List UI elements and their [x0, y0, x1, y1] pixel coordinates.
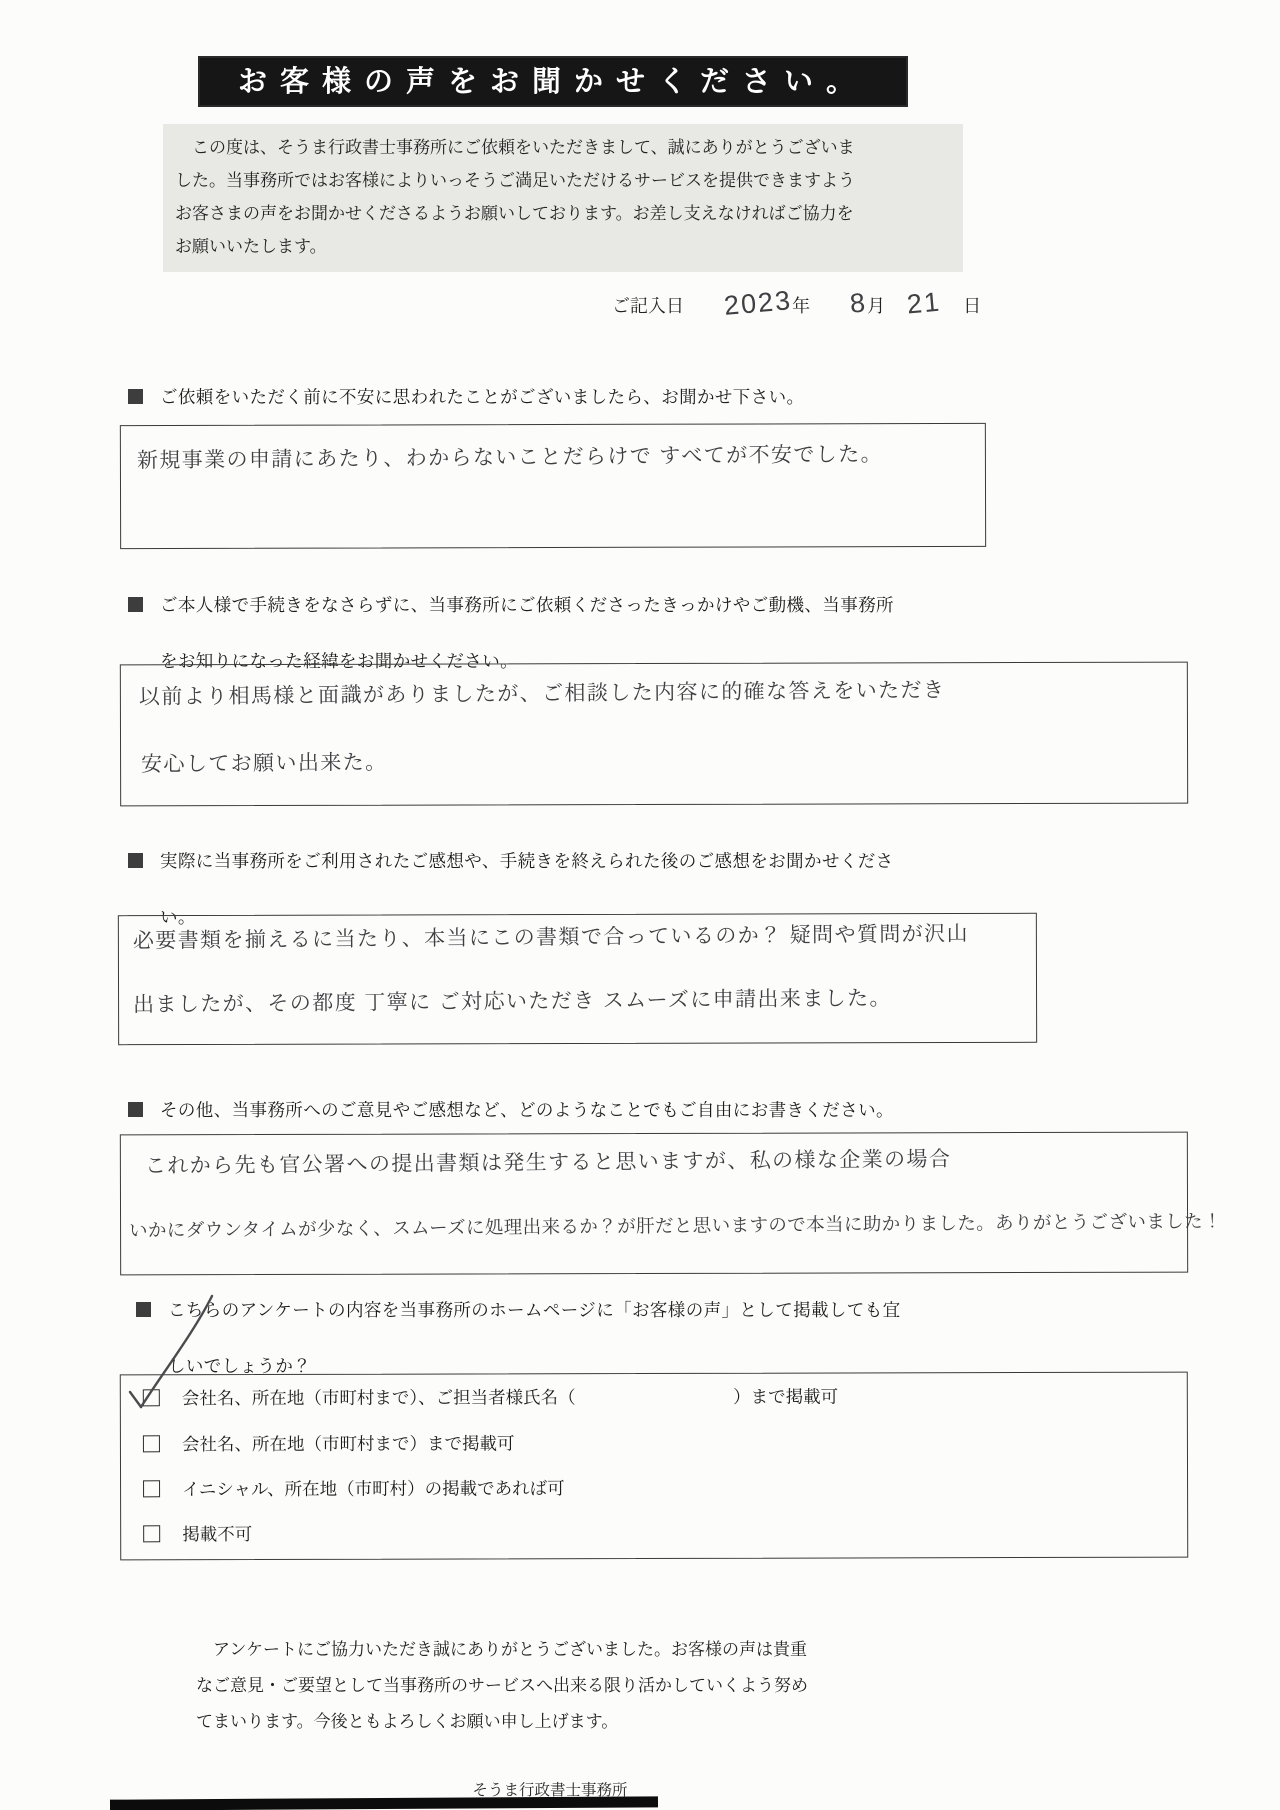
intro-line: この度は、そうま行政書士事務所にご依頼をいただきまして、誠にありがとうございま: [175, 131, 953, 164]
publish-option-label: 掲載不可: [182, 1521, 252, 1546]
answer-box-1[interactable]: 新規事業の申請にあたり、わからないことだらけで すべてが不安でした。: [120, 423, 986, 549]
entry-date-year-value: 2023: [723, 285, 794, 322]
intro-line: お願いいたします。: [175, 230, 953, 263]
handwritten-answer-3-line1: 必要書類を揃えるに当たり、本当にこの書類で合っているのか？ 疑問や質問が沢山: [133, 917, 969, 954]
answer-box-4[interactable]: これから先も官公署への提出書類は発生すると思いますが、私の様な企業の場合 いかに…: [120, 1132, 1188, 1276]
answer-box-3[interactable]: 必要書類を揃えるに当たり、本当にこの書類で合っているのか？ 疑問や質問が沢山 出…: [118, 913, 1037, 1045]
scan-edge-bar: [110, 1796, 658, 1810]
survey-form-page: お客様の声をお聞かせください。 この度は、そうま行政書士事務所にご依頼をいただき…: [0, 0, 1280, 1810]
publish-option-row: 会社名、所在地（市町村まで）、ご担当者様氏名（ ）まで掲載可: [143, 1384, 838, 1411]
publish-options-box: 会社名、所在地（市町村まで）、ご担当者様氏名（ ）まで掲載可 会社名、所在地（市…: [120, 1372, 1188, 1561]
question-2-prompt: ご本人様で手続きをなさらずに、当事務所にご依頼くださったきっかけやご動機、当事務…: [128, 592, 894, 617]
publish-option-row: 会社名、所在地（市町村まで）まで掲載可: [143, 1430, 515, 1456]
intro-paragraph: この度は、そうま行政書士事務所にご依頼をいただきまして、誠にありがとうございま …: [163, 124, 963, 272]
bullet-square-icon: [128, 389, 143, 404]
answer-box-2[interactable]: 以前より相馬様と面識がありましたが、ご相談した内容に的確な答えをいただき 安心し…: [120, 662, 1188, 807]
entry-date-row: ご記入日 2023 年 8 月 21 日: [612, 288, 981, 319]
entry-date-year-suffix: 年: [792, 292, 810, 318]
checkbox-no-publish-icon[interactable]: [143, 1525, 160, 1542]
handwritten-answer-2-line1: 以前より相馬様と面識がありましたが、ご相談した内容に的確な答えをいただき: [139, 674, 946, 711]
publish-option-label: イニシャル、所在地（市町村）の掲載であれば可: [182, 1475, 565, 1501]
handwritten-answer-4-line1: これから先も官公署への提出書類は発生すると思いますが、私の様な企業の場合: [145, 1143, 952, 1180]
handwritten-answer-4-line2: いかにダウンタイムが少なく、スムーズに処理出来るか？が肝だと思いますので本当に助…: [129, 1207, 1222, 1243]
entry-date-day-value: 21: [906, 287, 943, 321]
publish-option-row: イニシャル、所在地（市町村）の掲載であれば可: [143, 1475, 565, 1501]
closing-paragraph: アンケートにご協力いただき誠にありがとうございました。お客様の声は貴重 なご意見…: [196, 1632, 976, 1740]
closing-line: アンケートにご協力いただき誠にありがとうございました。お客様の声は貴重: [196, 1632, 976, 1668]
handwritten-answer-3-line2: 出ましたが、その都度 丁寧に ご対応いただき スムーズに申請出来ました。: [133, 982, 892, 1019]
publish-option-label: 会社名、所在地（市町村まで）まで掲載可: [182, 1430, 515, 1456]
bullet-square-icon: [128, 1102, 143, 1117]
checkbox-company-name-icon[interactable]: [143, 1435, 160, 1452]
entry-date-label: ご記入日: [612, 292, 684, 318]
bullet-square-icon: [128, 597, 143, 612]
question-1-prompt: ご依頼をいただく前に不安に思われたことがございましたら、お聞かせ下さい。: [128, 384, 804, 409]
question-3-prompt: 実際に当事務所をご利用されたご感想や、手続きを終えられた後のご感想をお聞かせくだ…: [128, 848, 894, 873]
handwritten-answer-2-line2: 安心してお願い出来た。: [141, 746, 388, 778]
entry-date-month-value: 8: [849, 287, 869, 319]
closing-line: てまいります。今後ともよろしくお願い申し上げます。: [196, 1704, 976, 1740]
intro-line: お客さまの声をお聞かせくださるようお願いしております。お差し支えなければご協力を: [175, 197, 953, 230]
handwritten-answer-1: 新規事業の申請にあたり、わからないことだらけで すべてが不安でした。: [137, 438, 883, 475]
question-5-prompt: こちらのアンケートの内容を当事務所のホームページに「お客様の声」として掲載しても…: [136, 1297, 901, 1322]
entry-date-day-suffix: 日: [963, 292, 981, 318]
question-4-prompt: その他、当事務所へのご意見やご感想など、どのようなことでもご自由にお書きください…: [128, 1097, 894, 1122]
publish-option-row: 掲載不可: [143, 1521, 252, 1546]
closing-line: なご意見・ご要望として当事務所のサービスへ出来る限り活かしていくよう努め: [196, 1668, 976, 1704]
page-title: お客様の声をお聞かせください。: [200, 58, 906, 105]
bullet-square-icon: [128, 853, 143, 868]
publish-option-label: 会社名、所在地（市町村まで）、ご担当者様氏名（ ）まで掲載可: [182, 1384, 838, 1411]
entry-date-month-suffix: 月: [867, 292, 885, 318]
handwritten-checkmark-icon: [110, 1288, 240, 1428]
checkbox-initials-icon[interactable]: [143, 1480, 160, 1497]
intro-line: した。当事務所ではお客様によりいっそうご満足いただけるサービスを提供できますよう: [175, 164, 953, 197]
